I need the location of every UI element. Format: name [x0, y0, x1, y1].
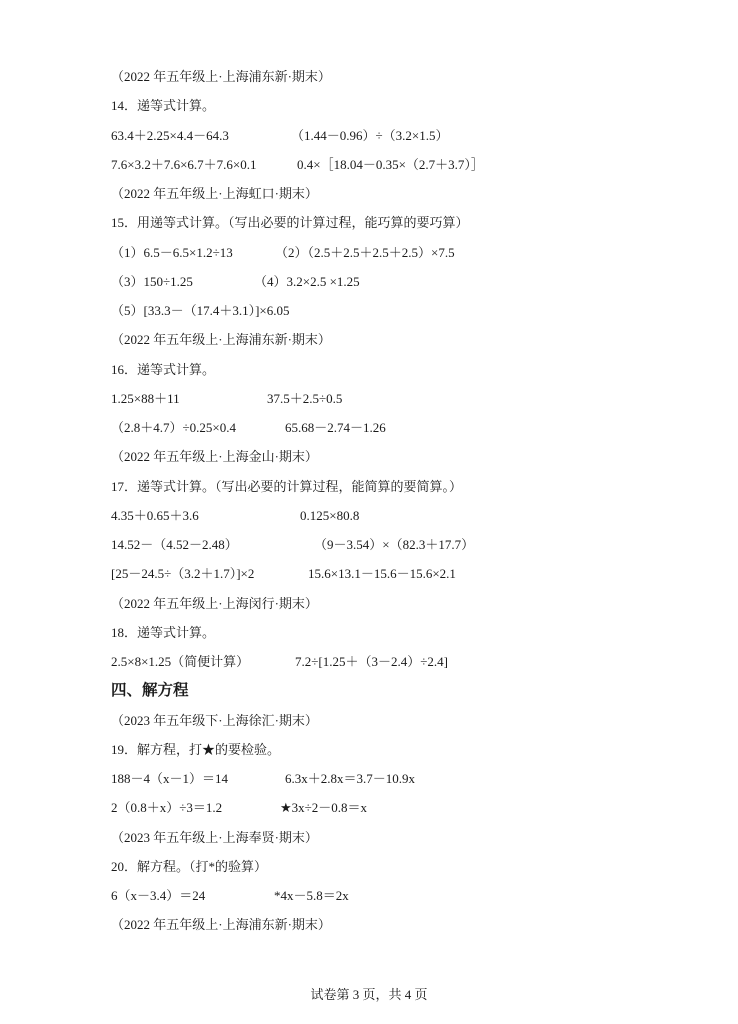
- expression: （1）6.5－6.5×1.2÷13: [111, 245, 233, 261]
- source-note: （2022 年五年级上·上海虹口·期末）: [111, 186, 318, 202]
- source-note: （2023 年五年级上·上海奉贤·期末）: [111, 830, 318, 846]
- equation: *4x－5.8＝2x: [274, 888, 349, 904]
- equation: ★3x÷2－0.8＝x: [280, 800, 367, 816]
- expression: 2.5×8×1.25（简便计算）: [111, 654, 249, 670]
- question-15-title: 15．用递等式计算。（写出必要的计算过程，能巧算的要巧算）: [111, 215, 469, 231]
- question-19-title: 19．解方程，打★的要检验。: [111, 742, 280, 758]
- expression: [25－24.5÷（3.2＋1.7）]×2: [111, 566, 254, 582]
- expression: 7.2÷[1.25＋（3－2.4）÷2.4]: [295, 654, 448, 670]
- expression: （2）（2.5＋2.5＋2.5＋2.5）×7.5: [275, 245, 455, 261]
- expression: （5）[33.3－（17.4＋3.1）]×6.05: [111, 303, 290, 319]
- question-20-title: 20．解方程。（打*的验算）: [111, 859, 267, 875]
- equation: 6.3x＋2.8x＝3.7－10.9x: [285, 771, 415, 787]
- source-note: （2022 年五年级上·上海金山·期末）: [111, 449, 318, 465]
- source-note: （2022 年五年级上·上海浦东新·期末）: [111, 69, 331, 85]
- expression: 63.4＋2.25×4.4－64.3: [111, 128, 229, 144]
- section-heading: 四、解方程: [111, 682, 189, 698]
- expression: 7.6×3.2＋7.6×6.7＋7.6×0.1: [111, 157, 257, 173]
- expression: 4.35＋0.65＋3.6: [111, 508, 199, 524]
- source-note: （2022 年五年级上·上海浦东新·期末）: [111, 917, 331, 933]
- expression: （1.44－0.96）÷（3.2×1.5）: [291, 128, 448, 144]
- expression: 0.4×［18.04－0.35×（2.7＋3.7）］: [297, 157, 484, 173]
- equation: 2（0.8＋x）÷3＝1.2: [111, 800, 222, 816]
- page-footer: 试卷第 3 页，共 4 页: [0, 984, 738, 1003]
- question-18-title: 18．递等式计算。: [111, 625, 215, 641]
- expression: （2.8＋4.7）÷0.25×0.4: [111, 420, 236, 436]
- expression: 65.68－2.74－1.26: [285, 420, 386, 436]
- equation: 188－4（x－1）＝14: [111, 771, 228, 787]
- source-note: （2022 年五年级上·上海闵行·期末）: [111, 596, 318, 612]
- expression: 1.25×88＋11: [111, 391, 180, 407]
- expression: （9－3.54）×（82.3＋17.7）: [314, 537, 474, 553]
- source-note: （2023 年五年级下·上海徐汇·期末）: [111, 713, 318, 729]
- expression: 15.6×13.1－15.6－15.6×2.1: [308, 566, 456, 582]
- expression: （3）150÷1.25: [111, 274, 193, 290]
- expression: 37.5＋2.5÷0.5: [267, 391, 342, 407]
- expression: 14.52－（4.52－2.48）: [111, 537, 238, 553]
- question-17-title: 17．递等式计算。（写出必要的计算过程，能简算的要简算。）: [111, 479, 462, 495]
- equation: 6（x－3.4）＝24: [111, 888, 205, 904]
- source-note: （2022 年五年级上·上海浦东新·期末）: [111, 332, 331, 348]
- expression: 0.125×80.8: [300, 508, 359, 524]
- question-14-title: 14．递等式计算。: [111, 98, 215, 114]
- question-16-title: 16．递等式计算。: [111, 362, 215, 378]
- expression: （4）3.2×2.5 ×1.25: [254, 274, 360, 290]
